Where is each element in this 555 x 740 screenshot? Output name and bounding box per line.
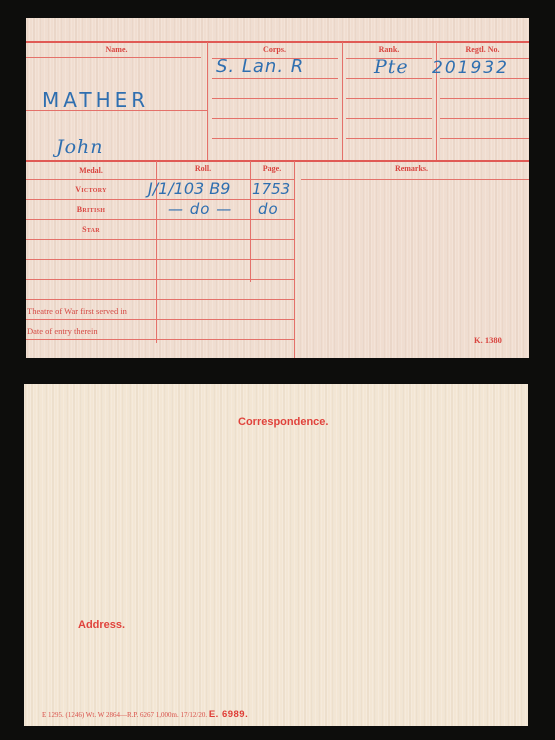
name-header: Name. <box>26 45 207 54</box>
header-top-rule <box>26 41 529 43</box>
regtl-rule <box>440 118 529 119</box>
page-column-divider <box>294 161 295 358</box>
medal-index-card-back: Correspondence. Address. E 1295. (1246) … <box>24 384 528 726</box>
rank-rule <box>346 118 432 119</box>
medal-name-victory: Victory <box>26 185 156 194</box>
corps-rule <box>212 118 338 119</box>
imprint-code: E. 6989. <box>209 709 248 720</box>
rank-rule <box>346 138 432 139</box>
corps-entry: S. Lan. R <box>216 56 304 77</box>
remarks-rule <box>301 179 529 180</box>
corps-rule <box>212 78 338 79</box>
medal-name-british: British <box>26 205 156 214</box>
medal-row-rule <box>26 319 294 320</box>
forename-entry: John <box>56 136 104 158</box>
medal-name-star: Star <box>26 225 156 234</box>
corps-rule <box>212 138 338 139</box>
corps-header: Corps. <box>207 45 342 54</box>
regtl-no-header: Regtl. No. <box>436 45 529 54</box>
rank-entry: Pte <box>374 56 409 78</box>
page-header: Page. <box>250 164 294 173</box>
medal-section-rule <box>26 160 529 162</box>
correspondence-label: Correspondence. <box>238 416 328 428</box>
corps-rule <box>212 98 338 99</box>
regtl-rule <box>440 98 529 99</box>
medal-row-rule <box>26 339 294 340</box>
roll-entry-british: — do — <box>168 200 232 218</box>
medal-row-rule <box>26 279 294 280</box>
address-label: Address. <box>78 619 125 631</box>
regtl-no-entry: 201932 <box>432 58 509 78</box>
imprint-text: E 1295. (1246) Wt. W 2864—R.P. 6267 1,00… <box>42 711 207 719</box>
medal-row-rule <box>26 199 294 200</box>
theatre-of-war-label: Theatre of War first served in <box>27 306 127 316</box>
medal-header: Medal. <box>26 166 156 175</box>
medal-index-card-front: Name. Corps. Rank. Regtl. No. MATHER Joh… <box>26 18 529 358</box>
regtl-rule <box>440 138 529 139</box>
printer-imprint: E 1295. (1246) Wt. W 2864—R.P. 6267 1,00… <box>42 709 248 720</box>
rank-rule <box>346 78 432 79</box>
rank-header: Rank. <box>342 45 436 54</box>
date-of-entry-label: Date of entry therein <box>27 326 98 336</box>
corps-column-divider <box>342 42 343 160</box>
page-entry-victory: 1753 <box>252 180 290 198</box>
name-column-divider <box>207 42 208 160</box>
roll-entry-victory: J/1/103 B9 <box>148 179 230 198</box>
name-rule <box>26 57 201 58</box>
rank-rule <box>346 98 432 99</box>
medal-row-rule <box>26 219 294 220</box>
regtl-rule <box>440 78 529 79</box>
surname-entry: MATHER <box>42 88 149 112</box>
page-entry-british: do <box>258 200 279 218</box>
form-code: K. 1380 <box>474 335 502 345</box>
medal-row-rule <box>26 239 294 240</box>
roll-header: Roll. <box>156 164 250 173</box>
medal-row-rule <box>26 299 294 300</box>
medal-row-rule <box>26 259 294 260</box>
remarks-header: Remarks. <box>294 164 529 173</box>
